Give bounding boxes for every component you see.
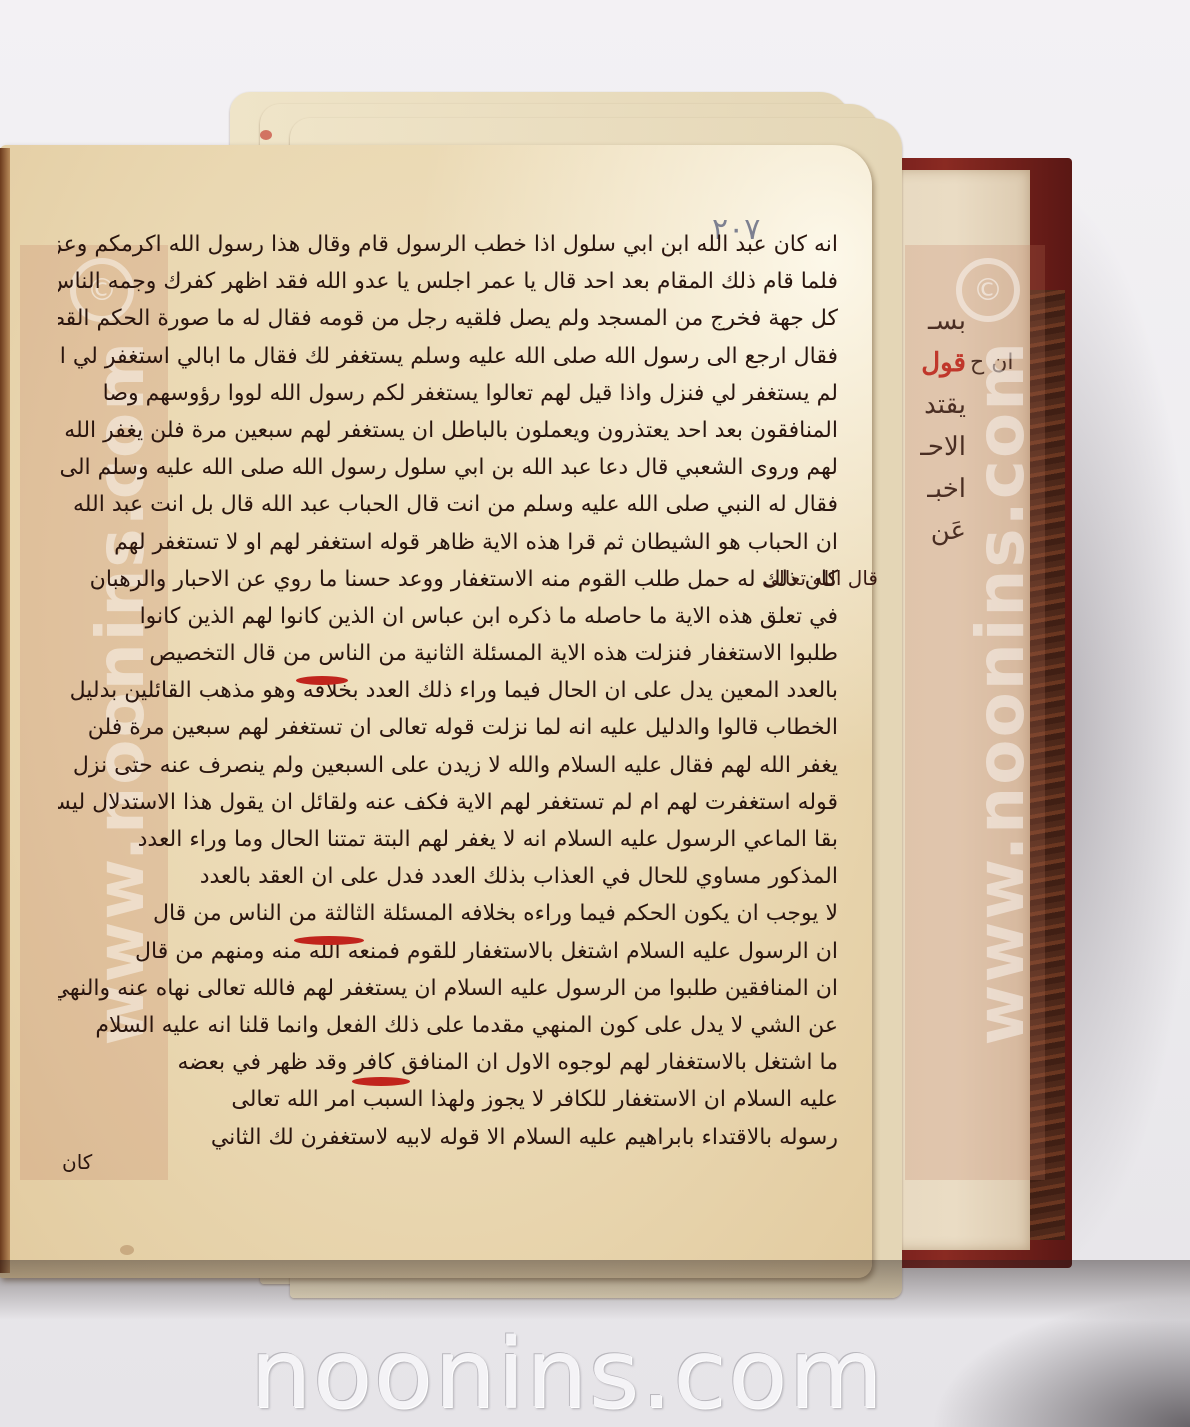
text-line: لا يوجب ان يكون الحكم فيما وراءه بخلافه … xyxy=(58,895,838,932)
text-line: في تعلق هذه الاية ما حاصله ما ذكره ابن ع… xyxy=(58,598,838,635)
text-line: طلبوا الاستغفار فنزلت هذه الاية المسئلة … xyxy=(58,635,838,672)
text-line: عن الشي لا يدل على كون المنهي مقدما على … xyxy=(58,1007,838,1044)
manuscript-text: انه كان عبد الله ابن ابي سلول اذا خطب ال… xyxy=(58,226,838,1156)
text-line: بالعدد المعين يدل على ان الحال فيما وراء… xyxy=(58,672,838,709)
text-line: كل جهة فخرج من المسجد ولم يصل فلقيه رجل … xyxy=(58,300,838,337)
foxing-spot xyxy=(120,1245,134,1255)
text-line: ان الحباب هو الشيطان ثم قرا هذه الاية ظا… xyxy=(58,524,838,561)
catchword: كان xyxy=(62,1150,92,1174)
text-line: الخطاب قالوا والدليل عليه انه لما نزلت ق… xyxy=(58,709,838,746)
text-line: انه كان عبد الله ابن ابي سلول اذا خطب ال… xyxy=(58,226,838,263)
red-rubric-mark xyxy=(296,676,348,685)
red-rubric-mark xyxy=(294,936,364,945)
red-rubric-mark xyxy=(352,1077,410,1086)
text-line: قوله استغفرت لهم ام لم تستغفر لهم الاية … xyxy=(58,784,838,821)
corner-shadow xyxy=(930,1297,1190,1427)
footer-watermark: noonins.com xyxy=(250,1318,884,1427)
text-line: لهم وروى الشعبي قال دعا عبد الله بن ابي … xyxy=(58,449,838,486)
text-line: المذكور مساوي للحال في العذاب بذلك العدد… xyxy=(58,858,838,895)
red-spot xyxy=(260,130,272,140)
text-line: بقا الماعي الرسول عليه السلام انه لا يغف… xyxy=(58,821,838,858)
text-line: فلما قام ذلك المقام بعد احد قال يا عمر ا… xyxy=(58,263,838,300)
text-line: يغفر الله لهم فقال عليه السلام والله لا … xyxy=(58,747,838,784)
text-line: عليه السلام ان الاستغفار للكافر لا يجوز … xyxy=(58,1081,838,1118)
text-line: فقال ارجع الى رسول الله صلى الله عليه وس… xyxy=(58,338,838,375)
page-edge xyxy=(0,148,10,1273)
text-line: المنافقون بعد احد يعتذرون ويعملون بالباط… xyxy=(58,412,838,449)
text-line: لم يستغفر لي فنزل واذا قيل لهم تعالوا يس… xyxy=(58,375,838,412)
text-line: فقال له النبي صلى الله عليه وسلم من انت … xyxy=(58,486,838,523)
text-line: ان المنافقين طلبوا من الرسول عليه السلام… xyxy=(58,970,838,1007)
text-line: كان ذلك له حمل طلب القوم منه الاستغفار و… xyxy=(58,561,838,598)
margin-note: قال الله تعالى xyxy=(762,566,878,590)
text-line: رسوله بالاقتداء بابراهيم عليه السلام الا… xyxy=(58,1119,838,1156)
text-line: ان الرسول عليه السلام اشتغل بالاستغفار ل… xyxy=(58,933,838,970)
watermark-vertical-right: www.noonins.com xyxy=(962,340,1039,1046)
copyright-icon: © xyxy=(956,258,1020,322)
text-line: ما اشتغل بالاستغفار لهم لوجوه الاول ان ا… xyxy=(58,1044,838,1081)
